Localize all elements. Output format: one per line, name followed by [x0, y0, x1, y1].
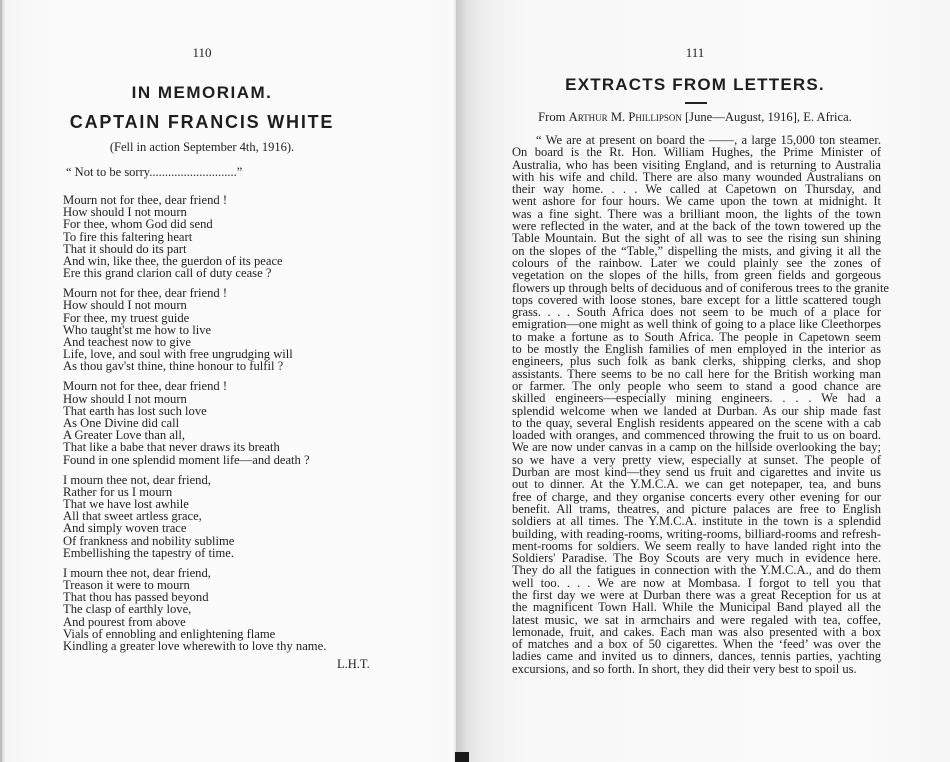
gutter-edge: [455, 752, 469, 762]
poem-stanza: I mourn thee not, dear friend,Rather for…: [63, 474, 326, 559]
letter-line: went ashore for four hours. We came upon…: [512, 195, 881, 207]
poem-line: And simply woven trace: [63, 522, 326, 534]
letter-line: the magnificent Town Hall. While the Mun…: [512, 601, 881, 613]
poem-line: Kindling a greater love wherewith to lov…: [63, 640, 326, 652]
memoriam-subtitle: CAPTAIN FRANCIS WHITE: [2, 112, 402, 133]
poem-signature: L.H.T.: [337, 657, 370, 672]
poem-line: For thee, my truest guide: [63, 312, 326, 324]
poem-line: Mourn not for thee, dear friend !: [63, 380, 326, 392]
from-prefix: From: [538, 110, 568, 124]
poem-line: To fire this faltering heart: [63, 231, 326, 243]
poem-line: As thou gav'st thine, thine honour to fu…: [63, 360, 326, 372]
page-number-left: 110: [2, 45, 402, 61]
poem-epigraph: “ Not to be sorry.......................…: [66, 165, 242, 180]
letter-line: excursions, and so forth. In short, they…: [512, 663, 881, 675]
letter-line: vegetation on the slopes of the hills, f…: [512, 269, 881, 281]
poem-line: How should I not mourn: [63, 393, 326, 405]
extracts-title: EXTRACTS FROM LETTERS.: [455, 75, 935, 95]
right-page: 111 EXTRACTS FROM LETTERS. From Arthur M…: [455, 0, 950, 762]
letter-author: Arthur M. Phillipson: [569, 110, 682, 124]
poem-stanza: Mourn not for thee, dear friend !How sho…: [63, 380, 326, 465]
poem-line: Ere this grand clarion call of duty ceas…: [63, 267, 326, 279]
book-spread: 110 IN MEMORIAM. CAPTAIN FRANCIS WHITE (…: [0, 0, 950, 762]
letter-line: soldiers at all times. The Y.M.C.A. inst…: [512, 515, 881, 527]
letter-line: skilled engineers—especially mining engi…: [512, 392, 881, 404]
poem-line: That like a babe that never draws its br…: [63, 441, 326, 453]
letter-attribution: From Arthur M. Phillipson [June—August, …: [455, 110, 935, 125]
poem-stanza: I mourn thee not, dear friend,Treason it…: [63, 567, 326, 652]
poem-stanza: Mourn not for thee, dear friend !How sho…: [63, 194, 326, 279]
letter-line: out to dinner. At the Y.M.C.A. we can ge…: [512, 478, 881, 490]
from-date-place: [June—August, 1916], E. Africa.: [682, 110, 852, 124]
letter-line: emigration—one might as well think of go…: [512, 318, 881, 330]
memoriam-title: IN MEMORIAM.: [2, 83, 402, 103]
fell-in-action-note: (Fell in action September 4th, 1916).: [2, 140, 402, 155]
left-page: 110 IN MEMORIAM. CAPTAIN FRANCIS WHITE (…: [0, 0, 455, 762]
letter-body: “ We are at present on board the ——, a l…: [512, 134, 881, 675]
letter-line: engineers, plus such folk as bank clerks…: [512, 355, 881, 367]
poem-line: The clasp of earthly love,: [63, 603, 326, 615]
title-rule-divider: [685, 102, 707, 104]
letter-line: flowers up through belts of deciduous an…: [512, 282, 881, 294]
poem-line: Found in one splendid moment life—and de…: [63, 454, 326, 466]
letter-line: We are now under canvas in a camp on the…: [512, 441, 881, 453]
letter-line: On board is the Rt. Hon. William Hughes,…: [512, 146, 881, 158]
letter-line: They do all the fatigues in connection w…: [512, 564, 881, 576]
gutter: [452, 0, 456, 762]
poem: Mourn not for thee, dear friend !How sho…: [63, 194, 326, 660]
poem-line: For thee, whom God did send: [63, 218, 326, 230]
letter-line: Table Mountain. But the sight of all was…: [512, 232, 881, 244]
poem-line: How should I not mourn: [63, 299, 326, 311]
letter-line: ladies came and invited us to dinners, d…: [512, 650, 881, 662]
letter-line: building, with reading-rooms, writing-ro…: [512, 528, 881, 540]
poem-stanza: Mourn not for thee, dear friend !How sho…: [63, 287, 326, 372]
page-number-right: 111: [455, 45, 935, 61]
poem-line: Embellishing the tapestry of time.: [63, 547, 326, 559]
letter-line: splendid welcome when we landed at Durba…: [512, 405, 881, 417]
